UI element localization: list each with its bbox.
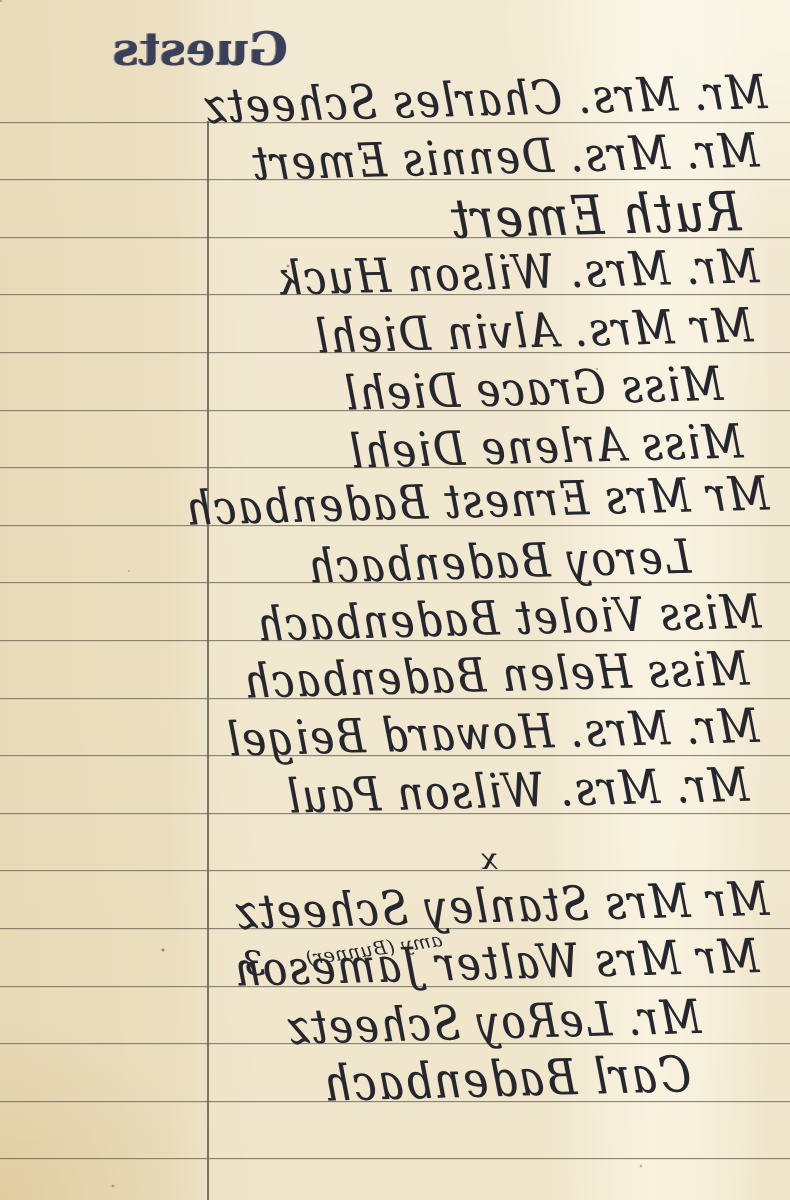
guest-entry: Mr. Mrs. Wilson Huck	[275, 243, 760, 303]
guest-entry: Miss Grace Diehl	[342, 361, 723, 418]
guest-entry: Mr Mrs. Alvin Diehl	[313, 302, 754, 361]
guest-entry: Mr. Mrs. Howard Beigel	[225, 703, 760, 764]
guest-entry: Miss Violet Badenbach	[255, 589, 762, 649]
guest-entry: Mr. Mrs. Charles Scheetz	[203, 69, 768, 131]
guest-entry: Mr. Mrs. Dennis Emert	[250, 128, 760, 188]
guest-entry: Carl Badenbach	[321, 1050, 691, 1109]
page-title: Guests	[113, 22, 288, 76]
guest-entry: 3	[241, 947, 265, 981]
guest-entry: Mr. LeRoy Scheetz	[286, 994, 702, 1052]
guest-entry: Mr Mrs Stanley Scheetz	[234, 876, 770, 937]
paper-speckles	[0, 0, 2, 2]
scanned-page: Guests Mr. Mrs. Charles ScheetzMr. Mrs. …	[0, 0, 790, 1200]
guest-entry: Miss Helen Badenbach	[242, 646, 750, 706]
guest-entry: Mr. Mrs. Wilson Paul	[285, 762, 750, 821]
mirrored-content-layer: Guests Mr. Mrs. Charles ScheetzMr. Mrs. …	[0, 0, 790, 1200]
guest-entry: Mr Mrs Ernest Badenbach	[184, 471, 770, 533]
guest-entry: Ruth Emert	[449, 184, 742, 246]
guest-entry: Miss Arlene Diehl	[348, 418, 744, 476]
guest-entry: x	[479, 845, 498, 875]
guest-entry: Leroy Badenbach	[306, 534, 692, 591]
